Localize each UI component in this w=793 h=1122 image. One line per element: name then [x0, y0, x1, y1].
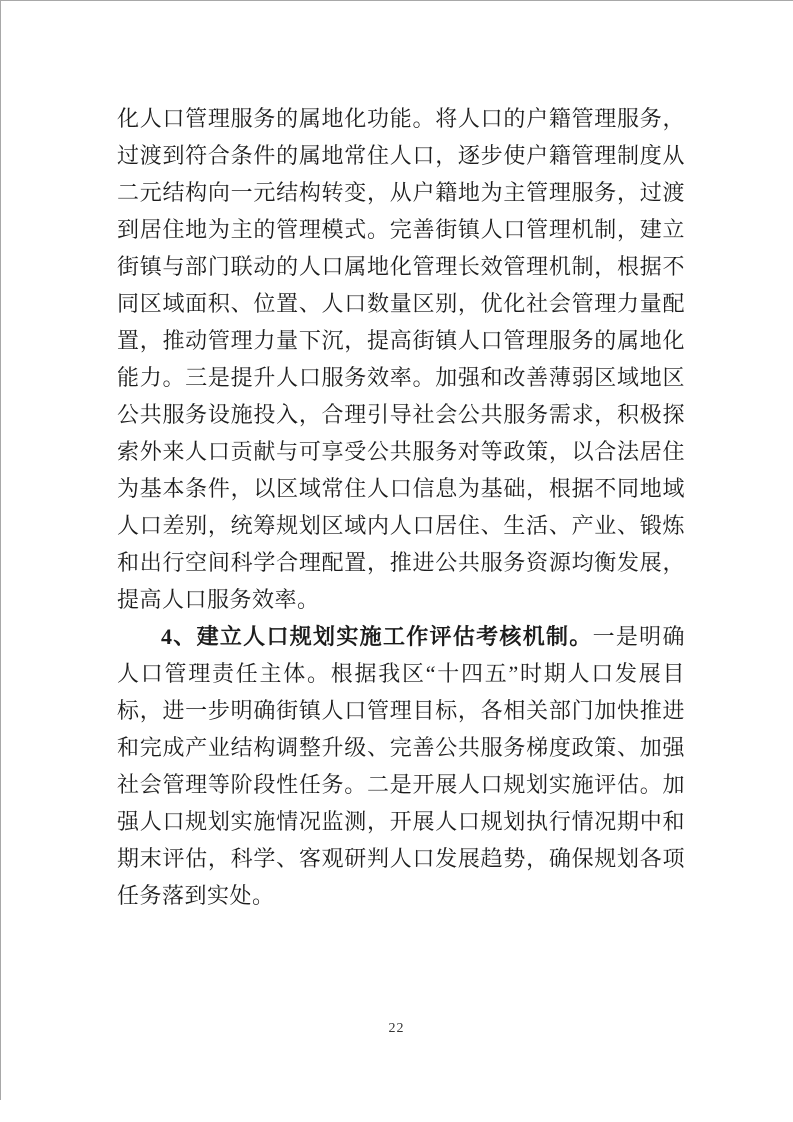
item-4-heading: 4、建立人口规划实施工作评估考核机制。 — [161, 624, 593, 649]
scan-edge-left-line — [0, 0, 1, 1100]
paragraph-continuation: 化人口管理服务的属地化功能。将人口的户籍管理服务，过渡到符合条件的属地常住人口，… — [117, 100, 685, 618]
item-4-body: 一是明确人口管理责任主体。根据我区“十四五”时期人口发展目标，进一步明确街镇人口… — [117, 624, 685, 908]
document-page: 化人口管理服务的属地化功能。将人口的户籍管理服务，过渡到符合条件的属地常住人口，… — [0, 0, 793, 1122]
page-body: 化人口管理服务的属地化功能。将人口的户籍管理服务，过渡到符合条件的属地常住人口，… — [117, 100, 685, 914]
paragraph-item-4: 4、建立人口规划实施工作评估考核机制。一是明确人口管理责任主体。根据我区“十四五… — [117, 618, 685, 914]
scan-edge-top-line — [0, 0, 793, 1]
page-number: 22 — [0, 1021, 793, 1037]
